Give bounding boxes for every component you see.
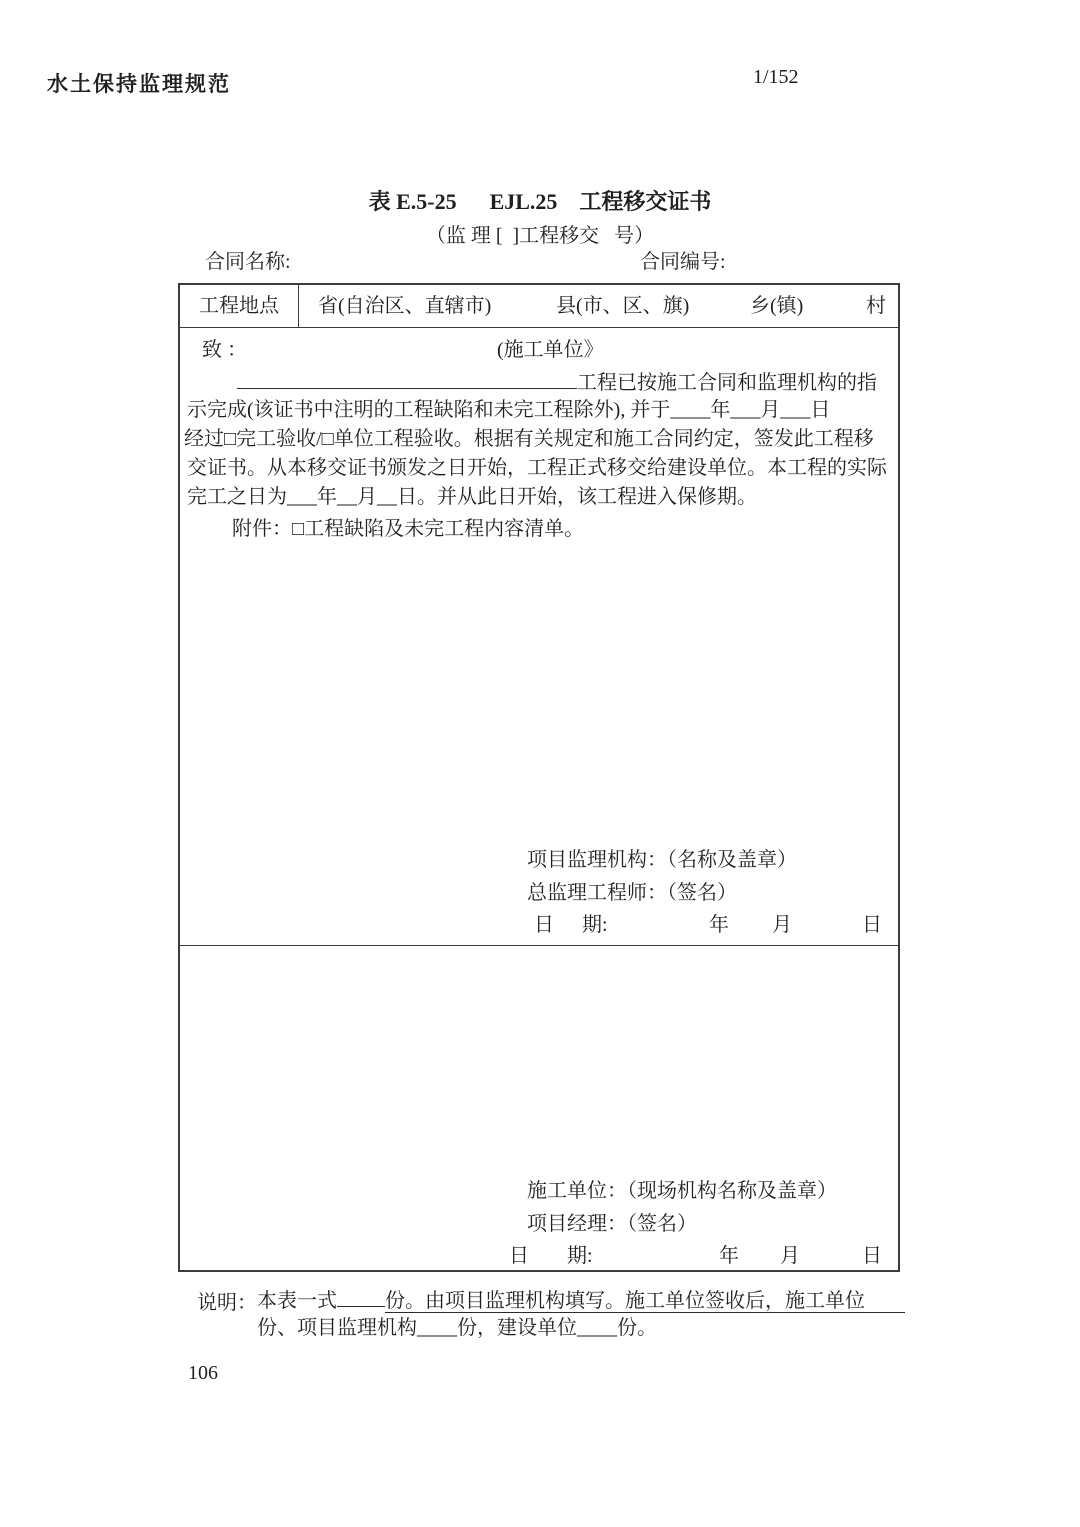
day-label: 日 xyxy=(862,1243,882,1270)
location-province: 省(自治区、直辖市) xyxy=(318,285,491,327)
supervisor-date-row: 日 期: 年 月 日 xyxy=(534,912,904,939)
contract-number-label: 合同编号: xyxy=(640,245,726,274)
month-label: 月 xyxy=(772,912,792,939)
form-subtitle: （监 理 [ ]工程移交 号） xyxy=(0,219,1080,248)
table-horizontal-divider-2 xyxy=(180,945,898,946)
notes-line-1: 本表一式份。由项目监理机构填写。施工单位签收后，施工单位 xyxy=(257,1286,917,1313)
document-page: 水土保持监理规范 1/152 表 E.5-25 EJL.25 工程移交证书 （监… xyxy=(0,0,1080,1527)
notes-label: 说明： xyxy=(197,1286,257,1315)
to-label: 致 ： xyxy=(202,337,247,364)
location-county: 县(市、区、旗) xyxy=(556,285,689,327)
table-horizontal-divider-1 xyxy=(180,327,898,328)
date-label-part1: 日 xyxy=(534,912,554,939)
date-label-part2: 期: xyxy=(567,1243,593,1270)
contractor-date-row: 日 期: 年 月 日 xyxy=(509,1243,879,1270)
location-label: 工程地点 xyxy=(180,285,298,327)
contract-name-label: 合同名称: xyxy=(205,245,291,274)
supervisor-org-line: 项目监理机构：（名称及盖章） xyxy=(527,847,797,874)
attachment-line: 附件：□工程缺陷及未完工程内容清单。 xyxy=(232,516,584,543)
document-header-title: 水土保持监理规范 xyxy=(47,68,231,98)
fill-in-blank-copies xyxy=(337,1286,385,1307)
notes-line-2: 份、项目监理机构____份，建设单位____份。 xyxy=(257,1315,917,1342)
form-title: 表 E.5-25 EJL.25 工程移交证书 xyxy=(0,185,1080,216)
page-number: 106 xyxy=(188,1362,218,1385)
body-line-1-text: 工程已按施工合同和监理机构的指 xyxy=(577,372,877,394)
notes-line-1-underlined: 份。由项目监理机构填写。施工单位签收后，施工单位 xyxy=(385,1290,905,1313)
year-label: 年 xyxy=(709,912,729,939)
table-vertical-divider xyxy=(298,285,299,327)
body-line-2: 示完成(该证书中注明的工程缺陷和未完工程除外), 并于____年___月___日 xyxy=(187,397,830,424)
page-indicator: 1/152 xyxy=(753,66,799,89)
fill-in-blank-project-name xyxy=(237,368,577,389)
contractor-manager-line: 项目经理：（签名） xyxy=(527,1211,697,1238)
notes-section: 说明： 本表一式份。由项目监理机构填写。施工单位签收后，施工单位 份、项目监理机… xyxy=(197,1286,917,1342)
location-township: 乡(镇) xyxy=(750,285,803,327)
date-label-part1: 日 xyxy=(509,1243,529,1270)
body-line-4: 交证书。从本移交证书颁发之日开始，工程正式移交给建设单位。本工程的实际 xyxy=(187,455,887,482)
body-line-3: 经过□完工验收/□单位工程验收。根据有关规定和施工合同约定，签发此工程移 xyxy=(184,426,874,453)
supervisor-engineer-line: 总监理工程师：（签名） xyxy=(527,880,737,907)
body-line-5: 完工之日为___年__月__日。并从此日开始，该工程进入保修期。 xyxy=(187,484,757,511)
day-label: 日 xyxy=(862,912,882,939)
date-label-part2: 期: xyxy=(582,912,608,939)
form-table: 工程地点 省(自治区、直辖市) 县(市、区、旗) 乡(镇) 村 致 ： (施工单… xyxy=(178,283,900,1272)
location-village: 村 xyxy=(866,285,886,327)
notes-line-1-prefix: 本表一式 xyxy=(257,1290,337,1312)
body-line-1: 工程已按施工合同和监理机构的指 xyxy=(237,368,877,395)
month-label: 月 xyxy=(780,1243,800,1270)
contractor-org-line: 施工单位：（现场机构名称及盖章） xyxy=(527,1178,837,1205)
year-label: 年 xyxy=(719,1243,739,1270)
recipient-hint: (施工单位》 xyxy=(497,337,604,364)
